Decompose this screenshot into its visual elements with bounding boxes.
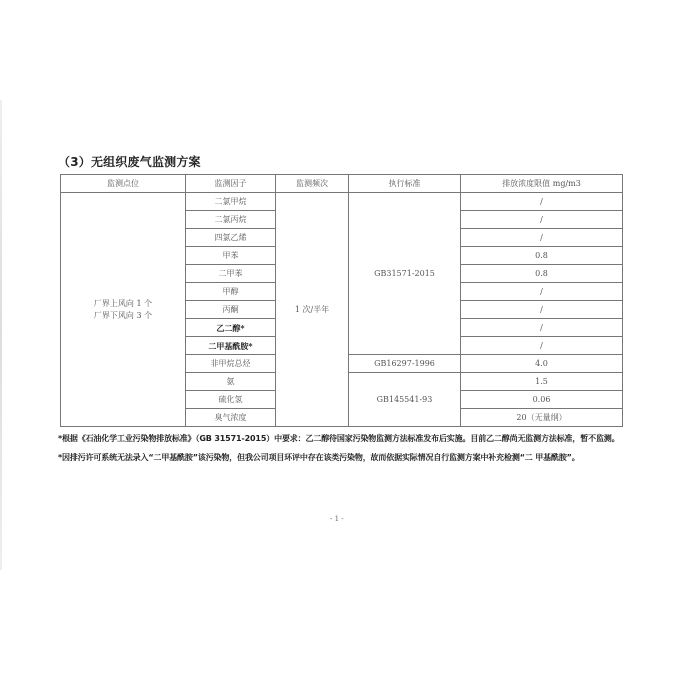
location-downwind: 厂界下风向 3 个 [61,310,185,322]
frequency-cell: 1 次/半年 [276,193,349,427]
monitoring-location-cell: 厂界上风向 1 个 厂界下风向 3 个 [61,193,186,427]
standard-cell: GB16297-1996 [349,355,461,373]
limit-cell: / [461,337,623,355]
factor-cell: 丙酮 [186,301,276,319]
location-upwind: 厂界上风向 1 个 [61,298,185,310]
monitoring-plan-table: 监测点位 监测因子 监测频次 执行标准 排放浓度限值 mg/m3 厂界上风向 1… [60,174,623,427]
limit-cell: / [461,211,623,229]
limit-cell: 20（无量纲） [461,409,623,427]
limit-cell: / [461,283,623,301]
factor-cell: 乙二醇* [186,319,276,337]
table-row: 厂界上风向 1 个 厂界下风向 3 个 二氯甲烷 1 次/半年 GB31571-… [61,193,623,211]
factor-cell: 非甲烷总烃 [186,355,276,373]
limit-cell: / [461,193,623,211]
limit-cell: / [461,229,623,247]
table-header-row: 监测点位 监测因子 监测频次 执行标准 排放浓度限值 mg/m3 [61,175,623,193]
header-location: 监测点位 [61,175,186,193]
factor-cell: 二甲苯 [186,265,276,283]
factor-cell: 二甲基酰胺* [186,337,276,355]
footnote-dimethylamide: *因排污许可系统无法录入“二甲基酰胺”该污染物，但我公司项目环评中存在该类污染物… [58,452,580,463]
standard-cell: GB31571-2015 [349,193,461,355]
limit-cell: 0.06 [461,391,623,409]
limit-cell: / [461,301,623,319]
factor-cell: 甲醇 [186,283,276,301]
limit-cell: / [461,319,623,337]
factor-cell: 二氯甲烷 [186,193,276,211]
header-limit: 排放浓度限值 mg/m3 [461,175,623,193]
header-standard: 执行标准 [349,175,461,193]
limit-cell: 0.8 [461,265,623,283]
limit-cell: 1.5 [461,373,623,391]
standard-cell: GB145541-93 [349,373,461,427]
header-frequency: 监测频次 [276,175,349,193]
factor-cell: 二氯丙烷 [186,211,276,229]
section-title: （3）无组织废气监测方案 [58,153,201,170]
page-number: - 1 - [330,515,344,523]
factor-cell: 四氯乙烯 [186,229,276,247]
footnote-ethylene-glycol: *根据《石油化学工业污染物排放标准》（GB 31571-2015）中要求：乙二醇… [58,433,620,444]
limit-cell: 0.8 [461,247,623,265]
scan-edge [0,100,2,570]
header-factor: 监测因子 [186,175,276,193]
factor-cell: 甲苯 [186,247,276,265]
factor-cell: 硫化氢 [186,391,276,409]
limit-cell: 4.0 [461,355,623,373]
factor-cell: 臭气浓度 [186,409,276,427]
factor-cell: 氨 [186,373,276,391]
